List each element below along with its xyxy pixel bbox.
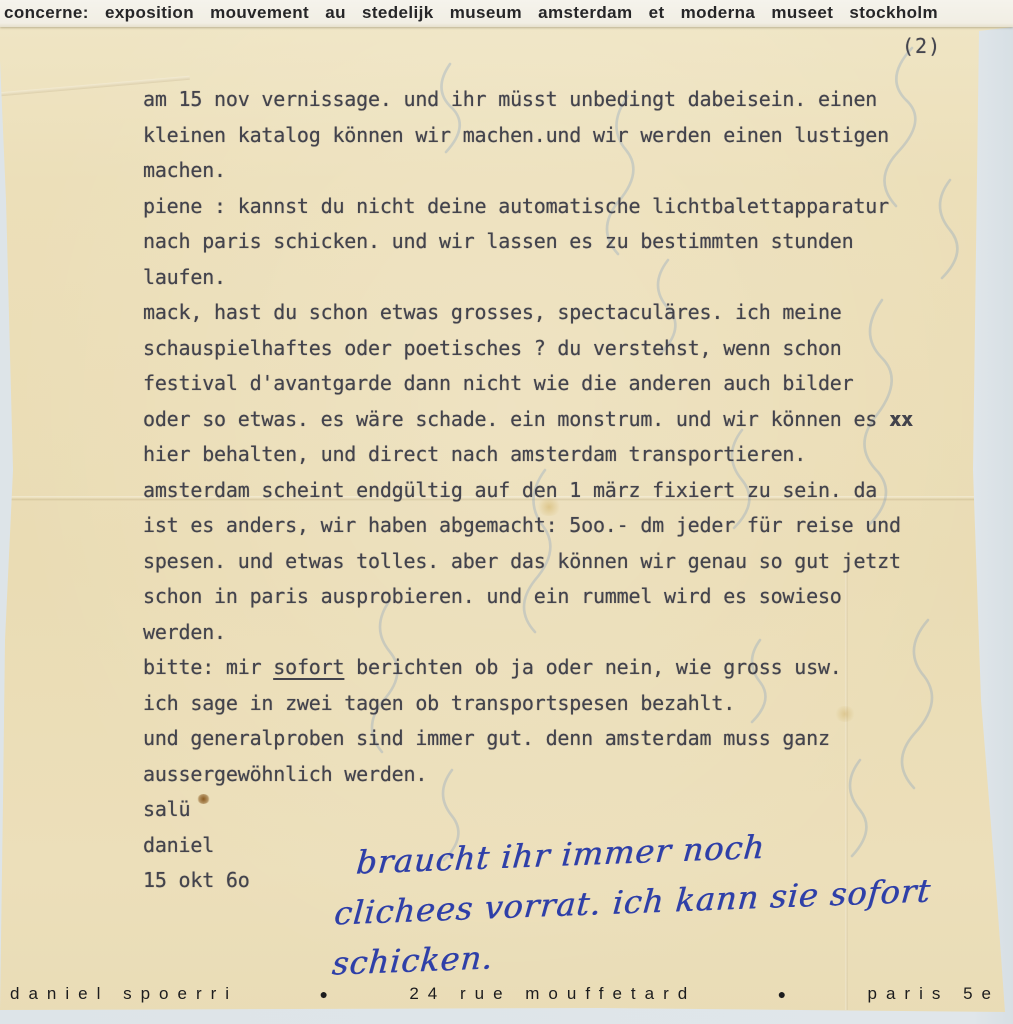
typed-line: festival d'avantgarde dann nicht wie die… — [143, 366, 973, 402]
letter-paper: (2) am 15 nov vernissage. und ihr müsst … — [0, 0, 1013, 1024]
typed-line: machen. — [143, 153, 973, 189]
handwritten-note: braucht ihr immer noch clichees vorrat. … — [327, 813, 992, 988]
typed-line: ich sage in zwei tagen ob transportspese… — [143, 686, 973, 722]
typed-line: kleinen katalog können wir machen.und wi… — [143, 118, 973, 154]
typed-line: oder so etwas. es wäre schade. ein monst… — [143, 402, 973, 438]
typed-line: und generalproben sind immer gut. denn a… — [143, 721, 973, 757]
bullet-separator: ● — [319, 986, 327, 1002]
footer-sender-name: daniel spoerri — [10, 984, 238, 1004]
typed-line: laufen. — [143, 260, 973, 296]
subject-line: concerne: exposition mouvement au stedel… — [0, 0, 1013, 26]
page-number: (2) — [902, 34, 941, 58]
footer-address: 24 rue mouffetard — [409, 984, 696, 1004]
typed-line: amsterdam scheint endgültig auf den 1 mä… — [143, 473, 973, 509]
typed-line: schon in paris ausprobieren. und ein rum… — [143, 579, 973, 615]
typed-line: mack, hast du schon etwas grosses, spect… — [143, 295, 973, 331]
typed-line: nach paris schicken. und wir lassen es z… — [143, 224, 973, 260]
typed-body: am 15 nov vernissage. und ihr müsst unbe… — [143, 82, 973, 899]
letterhead-footer: daniel spoerri ● 24 rue mouffetard ● par… — [0, 979, 1008, 1009]
typed-line: piene : kannst du nicht deine automatisc… — [143, 189, 973, 225]
typed-line: werden. — [143, 615, 973, 651]
letter-subject-strip: concerne: exposition mouvement au stedel… — [0, 0, 1013, 27]
typed-line: hier behalten, und direct nach amsterdam… — [143, 437, 973, 473]
typed-line: am 15 nov vernissage. und ihr müsst unbe… — [143, 82, 973, 118]
typed-line: spesen. und etwas tolles. aber das könne… — [143, 544, 973, 580]
footer-city: paris 5e — [868, 984, 1000, 1004]
typed-line: ist es anders, wir haben abgemacht: 5oo.… — [143, 508, 973, 544]
typed-line: aussergewöhnlich werden. — [143, 757, 973, 793]
scan-background: (2) am 15 nov vernissage. und ihr müsst … — [0, 0, 1013, 1024]
typed-line: bitte: mir sofort berichten ob ja oder n… — [143, 650, 973, 686]
bullet-separator: ● — [778, 986, 786, 1002]
typed-line: schauspielhaftes oder poetisches ? du ve… — [143, 331, 973, 367]
